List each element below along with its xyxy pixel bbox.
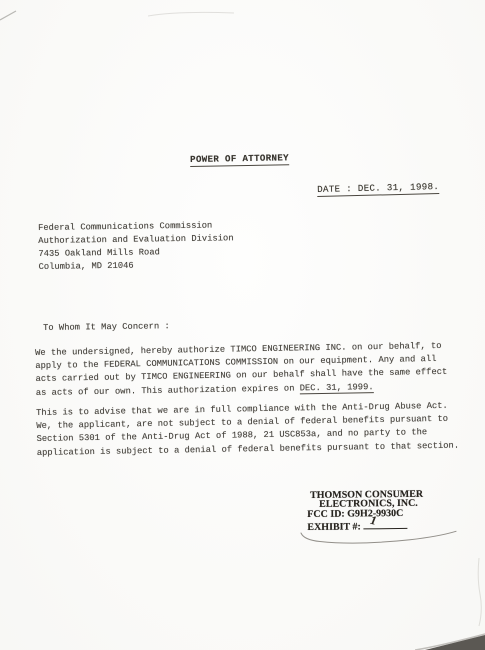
- date-line: DATE : DEC. 31, 1998.: [317, 181, 439, 197]
- corner-shadow-artifact: [415, 632, 485, 650]
- scan-scratch-top-left: [0, 6, 24, 26]
- company-stamp-block: THOMSON CONSUMER ELECTRONICS, INC. FCC I…: [305, 490, 423, 533]
- recipient-address: Federal Communications Commission Author…: [38, 219, 234, 274]
- letter-title: POWER OF ATTORNEY: [190, 152, 289, 167]
- exhibit-blank-line: 1: [364, 518, 408, 529]
- exhibit-number-handwritten: 1: [370, 516, 378, 526]
- exhibit-label: EXHIBIT #:: [307, 522, 361, 534]
- body-paragraph-authorization: We the undersigned, hereby authorize TIM…: [35, 340, 448, 400]
- authorization-expiry-date: DEC. 31, 1999.: [300, 382, 374, 395]
- scan-right-edge-artifact: [474, 558, 484, 628]
- scan-scratch-top-center: [148, 8, 248, 22]
- salutation: To Whom It May Concern :: [43, 321, 170, 333]
- body-paragraph-anti-drug: This is to advise that we are in full co…: [36, 400, 459, 460]
- stamp-exhibit-line: EXHIBIT #:1: [305, 518, 423, 533]
- scanned-letter-page: POWER OF ATTORNEY DATE : DEC. 31, 1998. …: [0, 0, 485, 650]
- address-line-4: Columbia, MD 21046: [39, 258, 234, 274]
